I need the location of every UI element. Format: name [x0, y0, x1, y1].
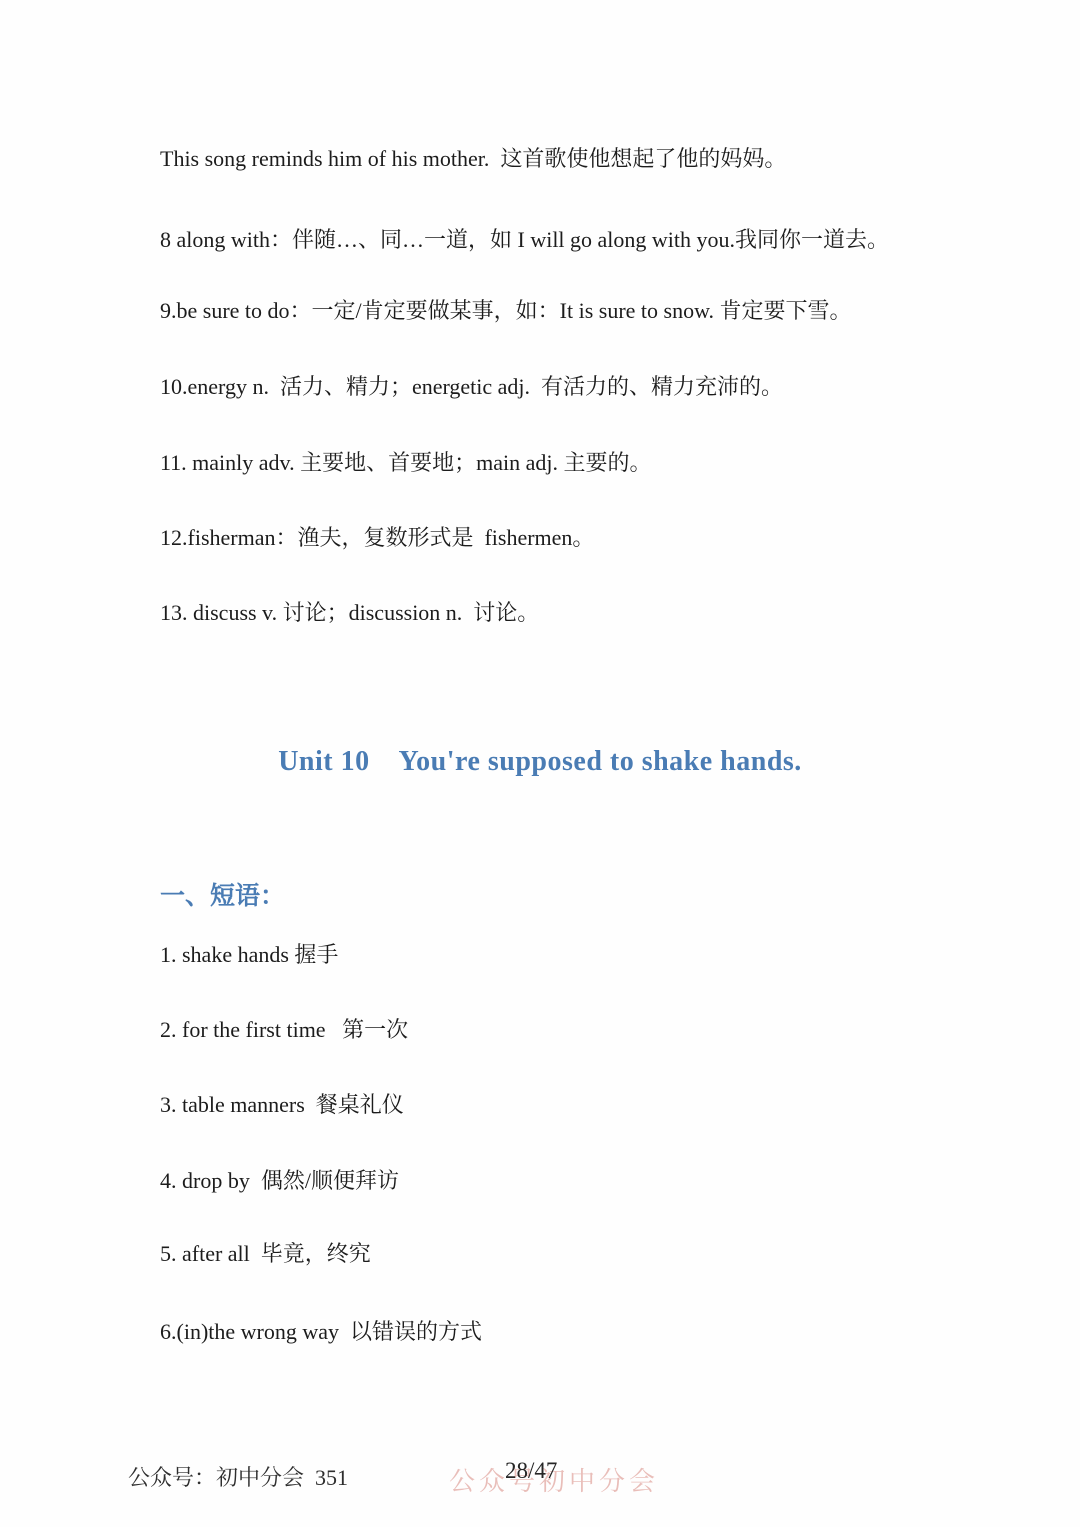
vocab-note-line: 10.energy n. 活力、精力；energetic adj. 有活力的、精…	[160, 373, 990, 401]
vocab-note-line: 11. mainly adv. 主要地、首要地；main adj. 主要的。	[160, 449, 990, 477]
vocab-note-line: 12.fisherman：渔夫，复数形式是 fishermen。	[160, 524, 990, 552]
vocab-note-line: 13. discuss v. 讨论；discussion n. 讨论。	[160, 599, 990, 627]
page-number: 28/47	[505, 1458, 557, 1484]
phrase-item: 1. shake hands 握手	[160, 941, 990, 969]
phrase-item: 2. for the first time 第一次	[160, 1016, 990, 1044]
vocab-note-line: This song reminds him of his mother. 这首歌…	[160, 145, 990, 173]
vocab-note-line: 8 along with：伴随…、同…一道，如 I will go along …	[160, 226, 990, 254]
phrase-item: 5. after all 毕竟，终究	[160, 1240, 990, 1268]
phrase-item: 3. table manners 餐桌礼仪	[160, 1091, 990, 1119]
phrase-item: 4. drop by 偶然/顺便拜访	[160, 1167, 990, 1195]
vocab-note-line: 9.be sure to do：一定/肯定要做某事，如：It is sure t…	[160, 297, 990, 325]
unit-title: Unit 10 You're supposed to shake hands.	[0, 746, 1080, 778]
document-page: This song reminds him of his mother. 这首歌…	[0, 0, 1080, 1527]
phrase-item: 6.(in)the wrong way 以错误的方式	[160, 1318, 990, 1346]
footer-account-label: 公众号：初中分会 351	[128, 1461, 348, 1492]
section-heading-phrases: 一、短语：	[160, 876, 285, 912]
